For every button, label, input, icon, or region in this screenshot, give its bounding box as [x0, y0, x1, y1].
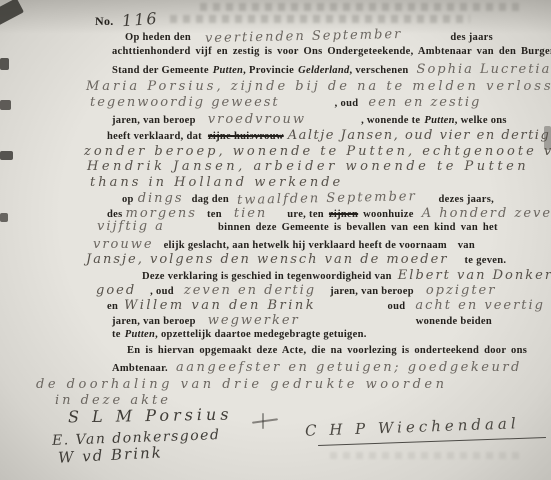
act-line: Ambtenaar. aangeefster en getuigen; goed… — [112, 360, 522, 375]
handwritten-occupation: vroedvrouw — [208, 112, 306, 127]
signature-flourish — [262, 413, 264, 429]
signature-official: C H P Wiechendaal — [305, 414, 520, 439]
printed-text: En is hiervan opgemaakt deze Acte, die n… — [127, 345, 527, 356]
act-line: de doorhaling van drie gedrukte woorden — [36, 377, 447, 392]
scan-artifact — [0, 151, 13, 160]
signature-flourish — [252, 418, 278, 424]
province-name: Gelderland — [298, 65, 349, 76]
handwritten-house-number: vijftig a — [97, 219, 165, 234]
printed-text: Op heden den — [125, 32, 191, 43]
act-number-line: No. 116 — [95, 10, 158, 29]
act-number-value: 116 — [121, 9, 159, 31]
handwritten-witness1-name: goed — [96, 283, 136, 298]
handwritten-age: een en zestig — [368, 95, 481, 110]
struck-printed-text: zijne huisvrouw — [208, 131, 284, 142]
act-line: Jansje, volgens den wensch van de moeder… — [86, 252, 506, 267]
act-line: Maria Porsius, zijnde bij de na te melde… — [86, 79, 551, 94]
act-line: vrouwe elijk geslacht, aan hetwelk hij v… — [93, 237, 475, 252]
scanned-document: { "colors": { "paper": "#e6e4de", "print… — [0, 0, 551, 480]
printed-text: van — [458, 240, 475, 251]
act-line: heeft verklaard, dat zijne huisvrouw Aal… — [107, 128, 551, 143]
printed-text: , wonende te — [361, 115, 420, 126]
act-line: Stand der Gemeente Putten , Provincie Ge… — [112, 62, 551, 77]
scan-artifact — [0, 100, 11, 110]
act-line: tegenwoordig geweest , oud een en zestig — [90, 95, 430, 110]
signature-declarant: S L M Porsius — [68, 405, 233, 427]
handwritten-hour: tien — [234, 206, 267, 221]
act-line: Op heden den veertienden September des j… — [125, 29, 493, 44]
printed-text: dag den — [192, 194, 229, 205]
printed-text: te — [112, 329, 121, 340]
act-line: jaren, van beroep vroedvrouw , wonende t… — [112, 112, 507, 127]
printed-text: , welke ons — [455, 115, 507, 126]
handwritten-declarant-name: Sophia Lucretia — [417, 62, 551, 77]
handwritten-house-number: A honderd zeven en — [422, 206, 551, 221]
handwritten-entry: tegenwoordig geweest — [90, 95, 280, 110]
act-line: jaren, van beroep wegwerker wonende beid… — [112, 313, 492, 328]
act-line: vijftig a — [97, 219, 165, 234]
printed-text: Ambtenaar. — [112, 363, 168, 374]
act-line: te Putten , opzettelijk daartoe medegebr… — [112, 329, 367, 340]
act-line: des morgens ten tien ure, ten zijnen woo… — [107, 206, 551, 221]
municipality-name: Putten — [125, 329, 155, 340]
handwritten-mother-name: Aaltje Jansen, oud vier en dertig jaren, — [288, 128, 551, 143]
printed-text: dezes jaars, — [439, 194, 495, 205]
act-number-label: No. — [95, 14, 114, 29]
scan-artifact — [0, 213, 8, 222]
bleedthrough-text — [330, 452, 520, 459]
printed-text: elijk geslacht, aan hetwelk hij verklaar… — [164, 240, 447, 251]
act-line: Hendrik Jansen, arbeider wonende te Putt… — [87, 159, 529, 174]
signature-flourish — [318, 437, 546, 446]
printed-text: , Provincie — [243, 65, 294, 76]
act-line: achttienhonderd vijf en zestig is voor O… — [112, 46, 551, 57]
act-line: goed , oud zeven en dertig jaren, van be… — [96, 283, 496, 298]
printed-text: jaren, van beroep — [330, 286, 414, 297]
bleedthrough-text — [200, 3, 520, 11]
bleedthrough-text — [170, 15, 470, 23]
act-line: thans in Holland werkende — [90, 175, 343, 190]
printed-text: , oud — [335, 98, 359, 109]
scan-artifact — [0, 58, 9, 70]
act-line: en Willem van den Brink oud acht en veer… — [107, 298, 545, 313]
printed-text: wonende beiden — [416, 316, 492, 327]
handwritten-entry: zonder beroep, wonende te Putten, echtge… — [84, 144, 551, 159]
handwritten-occupation: wegwerker — [208, 313, 300, 328]
printed-text: oud — [388, 301, 406, 312]
handwritten-closing-note: de doorhaling van drie gedrukte woorden — [36, 377, 447, 392]
municipality-name: Putten — [424, 115, 454, 126]
printed-text: jaren, van beroep — [112, 316, 196, 327]
printed-text: Stand der Gemeente — [112, 65, 209, 76]
handwritten-entry: thans in Holland werkende — [90, 175, 343, 190]
handwritten-witness2-name: Willem van den Brink — [124, 298, 316, 313]
struck-printed-text: zijnen — [329, 209, 358, 220]
act-line: En is hiervan opgemaakt deze Acte, die n… — [127, 345, 527, 356]
handwritten-date: veertienden September — [205, 27, 403, 46]
printed-text: ure, ten — [287, 209, 324, 220]
handwritten-age: zeven en dertig — [184, 283, 316, 298]
handwritten-witness1-name: Elbert van Donkers — [398, 268, 551, 283]
handwritten-father-name: Hendrik Jansen, arbeider wonende te Putt… — [87, 159, 529, 174]
printed-text: op — [122, 194, 134, 205]
printed-text: Deze verklaring is geschied in tegenwoor… — [142, 271, 392, 282]
printed-text: binnen deze Gemeente is bevallen van een… — [218, 222, 498, 233]
printed-text: woonhuize — [363, 209, 414, 220]
handwritten-closing-note: aangeefster en getuigen; goedgekeurd — [176, 360, 522, 375]
act-line: Deze verklaring is geschied in tegenwoor… — [142, 268, 551, 283]
printed-text: jaren, van beroep — [112, 115, 196, 126]
act-line: binnen deze Gemeente is bevallen van een… — [218, 222, 498, 233]
printed-text: des jaars — [450, 32, 493, 43]
printed-text: achttienhonderd vijf en zestig is voor O… — [112, 46, 551, 57]
act-line: zonder beroep, wonende te Putten, echtge… — [84, 144, 551, 159]
handwritten-entry: Maria Porsius, zijnde bij de na te melde… — [86, 79, 551, 94]
printed-text: ten — [207, 209, 222, 220]
printed-text: , oud — [150, 286, 174, 297]
printed-text: en — [107, 301, 118, 312]
printed-text: te geven. — [465, 255, 507, 266]
handwritten-age: acht en veertig — [415, 298, 545, 313]
act-line: op dings dag den twaalfden September dez… — [122, 191, 494, 206]
handwritten-child-name: Jansje, volgens den wensch van de moeder — [86, 252, 449, 267]
handwritten-occupation: opzigter — [426, 283, 497, 298]
municipality-name: Putten — [213, 65, 243, 76]
printed-text: heeft verklaard, dat — [107, 131, 202, 142]
printed-text: , opzettelijk daartoe medegebragte getui… — [155, 329, 366, 340]
birth-certificate-page: No. 116 Op heden den veertienden Septemb… — [0, 0, 551, 480]
printed-text: , verschenen — [350, 65, 409, 76]
handwritten-weekday: dings — [138, 191, 184, 206]
handwritten-gender: vrouwe — [93, 237, 154, 252]
